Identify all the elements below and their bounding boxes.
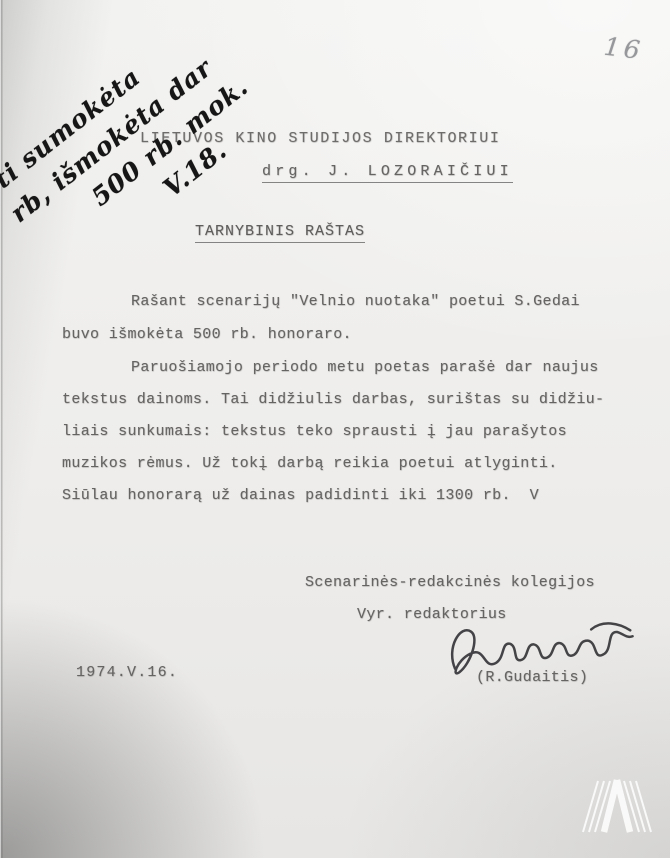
body-line: liais sunkumais: tekstus teko sprausti į… — [62, 423, 567, 440]
press-watermark-logo-icon — [573, 768, 661, 844]
body-line: buvo išmokėta 500 rb. honoraro. — [62, 326, 352, 343]
date-line: 1974.V.16. — [76, 664, 178, 681]
signoff-organization: Scenarinės-redakcinės kolegijos — [305, 574, 595, 591]
signature-name: (R.Gudaitis) — [476, 669, 588, 686]
body-line: muzikos rėmus. Už tokį darbą reikia poet… — [62, 455, 558, 472]
document-title: TARNYBINIS RAŠTAS — [195, 223, 365, 243]
body-line: Siūlau honorarą už dainas padidinti iki … — [62, 487, 539, 504]
scanned-document-photo: 16 LIETUVOS KINO STUDIJOS DIREKTORIUI dr… — [0, 0, 670, 858]
recipient-line-2: drg. J. LOZORAIČIUI — [262, 163, 513, 183]
body-line: Paruošiamojo periodo metu poetas parašė … — [131, 359, 599, 376]
body-line: tekstus dainoms. Tai didžiulis darbas, s… — [62, 391, 604, 408]
body-line: Rašant scenarijų "Velnio nuotaka" poetui… — [131, 293, 580, 310]
page-number: 16 — [602, 32, 645, 66]
